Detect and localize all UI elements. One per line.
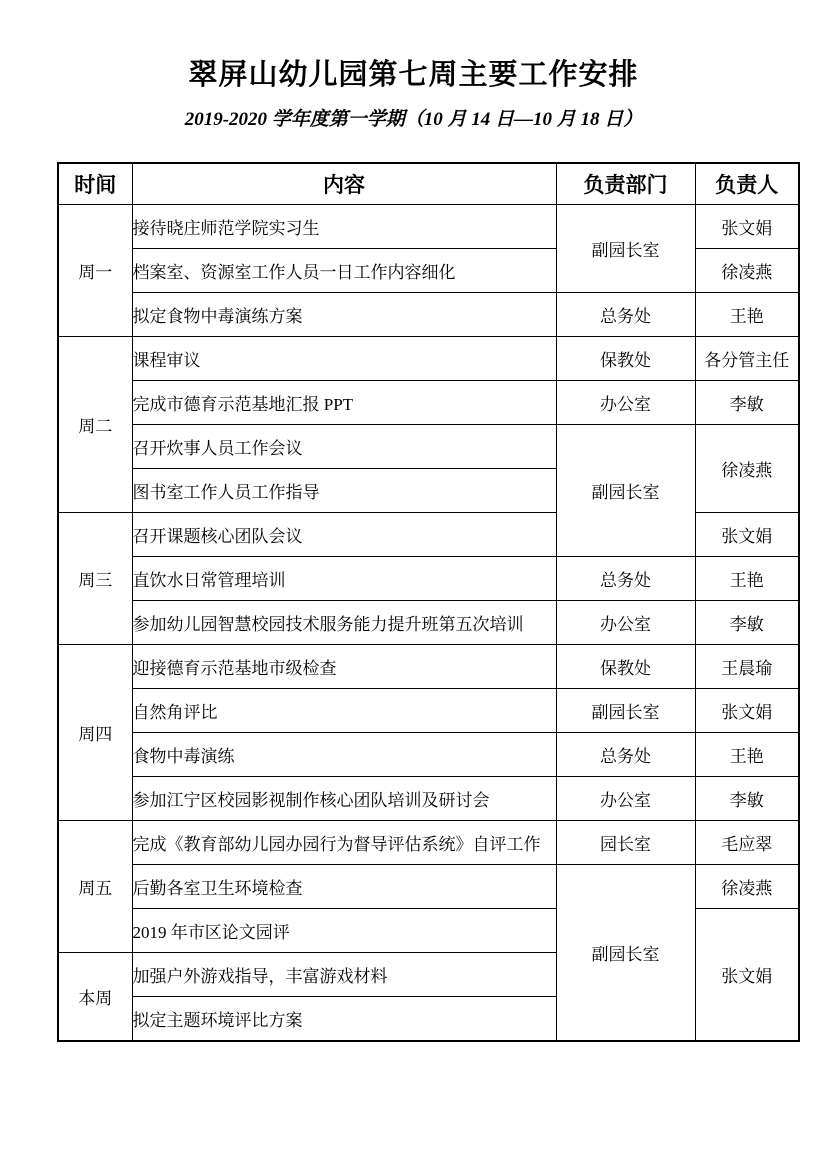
table-row: 后勤各室卫生环境检查副园长室徐凌燕: [58, 865, 799, 909]
cell-time: 周三: [58, 513, 132, 645]
table-row: 拟定食物中毒演练方案总务处王艳: [58, 293, 799, 337]
page-title: 翠屏山幼儿园第七周主要工作安排: [0, 52, 827, 93]
cell-content: 完成市德育示范基地汇报 PPT: [132, 381, 556, 425]
cell-content: 召开炊事人员工作会议: [132, 425, 556, 469]
table-row: 食物中毒演练总务处王艳: [58, 733, 799, 777]
cell-content: 后勤各室卫生环境检查: [132, 865, 556, 909]
cell-content: 直饮水日常管理培训: [132, 557, 556, 601]
cell-content: 课程审议: [132, 337, 556, 381]
cell-person: 王艳: [695, 733, 799, 777]
cell-content: 参加江宁区校园影视制作核心团队培训及研讨会: [132, 777, 556, 821]
cell-person: 徐凌燕: [695, 425, 799, 513]
cell-content: 迎接德育示范基地市级检查: [132, 645, 556, 689]
cell-content: 拟定主题环境评比方案: [132, 997, 556, 1042]
cell-dept: 园长室: [556, 821, 695, 865]
cell-content: 档案室、资源室工作人员一日工作内容细化: [132, 249, 556, 293]
cell-dept: 保教处: [556, 645, 695, 689]
cell-dept: 保教处: [556, 337, 695, 381]
cell-dept: 副园长室: [556, 689, 695, 733]
table-row: 周五完成《教育部幼儿园办园行为督导评估系统》自评工作园长室毛应翠: [58, 821, 799, 865]
table-row: 参加江宁区校园影视制作核心团队培训及研讨会办公室李敏: [58, 777, 799, 821]
table-row: 周四迎接德育示范基地市级检查保教处王晨瑜: [58, 645, 799, 689]
cell-person: 王晨瑜: [695, 645, 799, 689]
cell-time: 周一: [58, 205, 132, 337]
cell-person: 徐凌燕: [695, 249, 799, 293]
cell-person: 王艳: [695, 293, 799, 337]
col-header-time: 时间: [58, 163, 132, 205]
cell-person: 徐凌燕: [695, 865, 799, 909]
table-row: 直饮水日常管理培训总务处王艳: [58, 557, 799, 601]
cell-content: 2019 年市区论文园评: [132, 909, 556, 953]
cell-dept: 办公室: [556, 777, 695, 821]
cell-person: 张文娟: [695, 909, 799, 1042]
cell-person: 李敏: [695, 381, 799, 425]
col-header-person: 负责人: [695, 163, 799, 205]
cell-person: 张文娟: [695, 689, 799, 733]
cell-person: 张文娟: [695, 513, 799, 557]
schedule-table: 时间 内容 负责部门 负责人 周一接待晓庄师范学院实习生副园长室张文娟档案室、资…: [57, 162, 800, 1042]
cell-person: 李敏: [695, 777, 799, 821]
cell-content: 自然角评比: [132, 689, 556, 733]
cell-content: 召开课题核心团队会议: [132, 513, 556, 557]
table-row: 完成市德育示范基地汇报 PPT办公室李敏: [58, 381, 799, 425]
cell-dept: 总务处: [556, 293, 695, 337]
table-row: 参加幼儿园智慧校园技术服务能力提升班第五次培训办公室李敏: [58, 601, 799, 645]
table-row: 自然角评比副园长室张文娟: [58, 689, 799, 733]
col-header-content: 内容: [132, 163, 556, 205]
cell-time: 周二: [58, 337, 132, 513]
cell-time: 周五: [58, 821, 132, 953]
cell-content: 加强户外游戏指导，丰富游戏材料: [132, 953, 556, 997]
cell-dept: 总务处: [556, 733, 695, 777]
cell-content: 参加幼儿园智慧校园技术服务能力提升班第五次培训: [132, 601, 556, 645]
cell-person: 王艳: [695, 557, 799, 601]
cell-dept: 副园长室: [556, 205, 695, 293]
table-body: 周一接待晓庄师范学院实习生副园长室张文娟档案室、资源室工作人员一日工作内容细化徐…: [58, 205, 799, 1042]
header-row: 时间 内容 负责部门 负责人: [58, 163, 799, 205]
cell-dept: 副园长室: [556, 425, 695, 557]
cell-content: 接待晓庄师范学院实习生: [132, 205, 556, 249]
col-header-dept: 负责部门: [556, 163, 695, 205]
cell-person: 各分管主任: [695, 337, 799, 381]
cell-content: 完成《教育部幼儿园办园行为督导评估系统》自评工作: [132, 821, 556, 865]
table-row: 周二课程审议保教处各分管主任: [58, 337, 799, 381]
cell-person: 李敏: [695, 601, 799, 645]
cell-dept: 副园长室: [556, 865, 695, 1042]
cell-dept: 办公室: [556, 381, 695, 425]
cell-content: 食物中毒演练: [132, 733, 556, 777]
cell-dept: 总务处: [556, 557, 695, 601]
table-row: 周一接待晓庄师范学院实习生副园长室张文娟: [58, 205, 799, 249]
cell-time: 本周: [58, 953, 132, 1042]
cell-content: 图书室工作人员工作指导: [132, 469, 556, 513]
cell-person: 毛应翠: [695, 821, 799, 865]
cell-content: 拟定食物中毒演练方案: [132, 293, 556, 337]
cell-time: 周四: [58, 645, 132, 821]
page-subtitle: 2019-2020 学年度第一学期（10 月 14 日—10 月 18 日）: [0, 104, 827, 131]
cell-person: 张文娟: [695, 205, 799, 249]
table-row: 召开炊事人员工作会议副园长室徐凌燕: [58, 425, 799, 469]
cell-dept: 办公室: [556, 601, 695, 645]
